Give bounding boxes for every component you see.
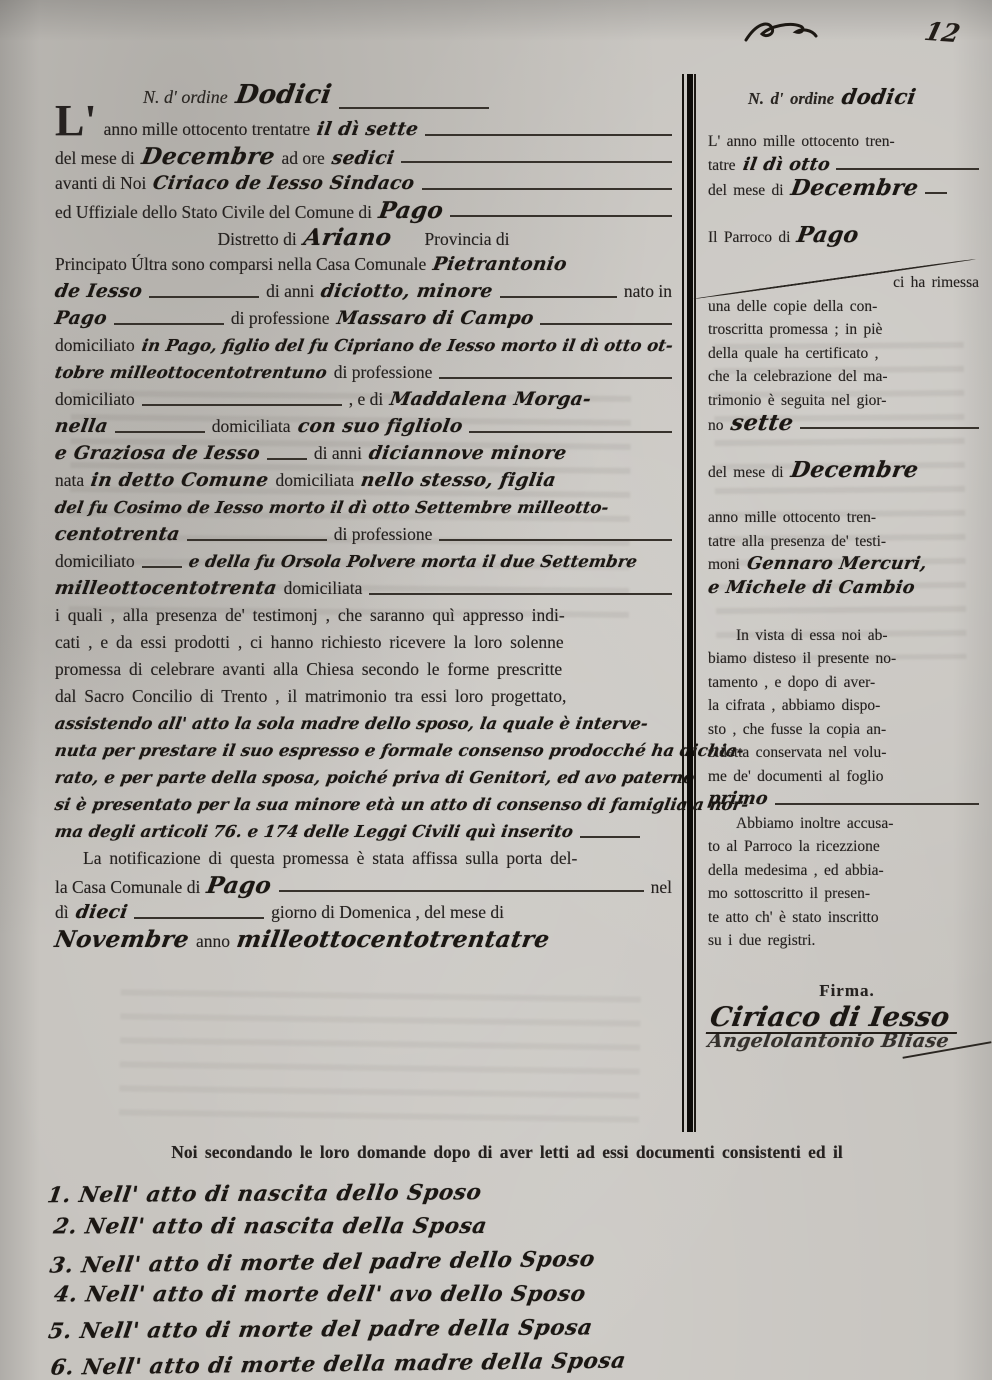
document-line: Novembreannomilleottocentotrentatre [55,926,679,953]
document-line: mo sottoscritto il presen- [708,882,986,906]
document-line: nuta per prestare il suo espresso e form… [55,737,679,764]
handwritten-text: primo [706,788,770,812]
document-line: Principato Últra sono comparsi nella Cas… [55,251,679,278]
printed-text: , e di [349,386,384,413]
order-number-label: N. d' ordine [143,80,228,114]
document-line: Il Parroco diPago [708,224,986,248]
printed-text: del mese di [708,179,784,203]
handwritten-text: Decembre [140,143,277,170]
document-line: che la celebrazione del ma- [708,365,986,389]
fill-rule [149,296,259,298]
fill-rule [339,107,489,109]
printed-text: che la celebrazione del ma- [708,365,888,389]
handwritten-text: Gennaro Mercuri, [745,553,928,577]
printed-text: avanti di Noi [55,170,146,197]
fill-rule [115,431,205,433]
document-line: del mese diDecembre [708,177,986,201]
handwritten-text: nuta per prestare il suo espresso e form… [53,737,746,764]
fill-rule [439,539,672,541]
document-line: tamento , e dopo di aver- [708,671,986,695]
fill-rule [500,296,617,298]
printed-text: di professione [231,305,330,332]
fill-rule [279,890,644,892]
fill-rule [422,188,672,190]
printed-text: dì [55,899,69,926]
printed-text: su i due registri. [708,929,815,953]
printed-text: anno mille ottocento trentatre [104,116,311,143]
annotation-body-lines: L' anno mille ottocento tren-tatreil dì … [708,130,986,976]
document-line: si è presentato per la sua minore età un… [55,791,679,818]
handwritten-text: Pago [796,224,861,248]
document-line: del mese diDecembre [708,459,986,483]
printed-text: L' [55,116,97,126]
document-line: rato, e per parte della sposa, poiché pr… [55,764,679,791]
printed-text: ad ore [282,145,325,172]
printed-text: tatre alla presenza de' testi- [708,530,886,554]
printed-text: In vista di essa noi ab- [736,624,888,648]
printed-text: del mese di [708,461,784,485]
document-line: te atto ch' è stato inscritto [708,906,986,930]
document-line: ed Uffiziale dello Stato Civile del Comu… [55,197,679,224]
fill-rule [540,323,672,325]
handwritten-text: Decembre [789,459,920,483]
fill-rule [775,803,979,805]
handwritten-text: Pago [53,305,109,332]
handwritten-text: Pago [205,872,273,899]
printed-text: promessa di celebrare avanti alla Chiesa… [55,656,562,683]
printed-text: ed Uffiziale dello Stato Civile del Comu… [55,199,372,226]
handwritten-text: dieci [73,899,129,926]
handwritten-text: Maddalena Morga- [388,386,593,413]
handwritten-text: Novembre [53,926,191,953]
document-line: e Graziosa de Iessodi annidiciannove min… [55,440,679,467]
document-line: dìdiecigiorno di Domenica , del mese di [55,899,679,926]
document-line [708,201,986,225]
printed-text: mo sottoscritto il presen- [708,882,870,906]
printed-text: to al Parroco la ricezzione [708,835,880,859]
fill-rule [134,917,264,919]
fill-rule [267,458,307,460]
document-line: la cifrata , abbiamo dispo- [708,694,986,718]
printed-text: domiciliata [284,575,363,602]
document-line [708,483,986,507]
document-line: me de' documenti al foglio [708,765,986,789]
document-line: zidetta conservata nel volu- [708,741,986,765]
document-line: milleottocentotrentadomiciliata [55,575,679,602]
handwritten-text: 4. Nell' atto di morte dell' avo dello S… [51,1278,588,1312]
document-line: to al Parroco la ricezzione [708,835,986,859]
printed-text: Distretto di [217,226,296,253]
printed-text: trimonio è seguita nel gior- [708,389,886,413]
document-line: 4. Nell' atto di morte dell' avo dello S… [54,1278,972,1313]
bleed-through-texture [119,976,641,1123]
document-line: In vista di essa noi ab- [708,624,986,648]
document-line: su i due registri. [708,929,986,953]
column-divider-rule [681,74,696,1132]
document-line: nosette [708,412,986,436]
main-act-column: N. d' ordine Dodici L'anno mille ottocen… [55,78,679,953]
fill-rule [925,192,947,194]
document-line: anno mille ottocento tren- [708,506,986,530]
order-number-value: Dodici [233,78,334,112]
printed-text: troscritta promessa ; in piè [708,318,882,342]
printed-text: biamo disteso il presente no- [708,647,896,671]
printed-text: anno [196,928,230,955]
document-line: domiciliato, e diMaddalena Morga- [55,386,679,413]
printed-text: Il Parroco di [708,226,790,250]
document-line [708,248,986,272]
document-line: 1. Nell' atto di nascita dello Sposo [47,1173,965,1213]
printed-text: del mese di [55,145,135,172]
document-line: de Iessodi annidiciotto, minorenato in [55,278,679,305]
printed-text: Noi secondando le loro domande dopo di a… [171,1140,842,1166]
printed-text: nato in [624,278,672,305]
printed-text: nel [651,874,672,901]
document-line: promessa di celebrare avanti alla Chiesa… [55,656,679,683]
printed-text: una delle copie della con- [708,295,877,319]
printed-text: domiciliata [212,413,291,440]
documents-list-heading: Noi secondando le loro domande dopo di a… [48,1140,966,1166]
document-line: della medesima , ed abbia- [708,859,986,883]
printed-text: cati , e da essi prodotti , ci hanno ric… [55,629,564,656]
handwritten-text: tobre milleottocentotrentuno [53,359,329,386]
document-line: trimonio è seguita nel gior- [708,389,986,413]
fill-rule [369,593,672,595]
printed-text: domiciliato [55,332,135,359]
document-line: La notificazione di questa promessa è st… [55,845,679,872]
handwritten-text: del fu Cosimo de Iesso morto il dì otto … [53,494,611,521]
fill-rule [836,168,979,170]
printed-text: Principato Últra sono comparsi nella Cas… [55,251,426,278]
printed-text: moni [708,553,740,577]
printed-text: di professione [334,521,433,548]
handwritten-text: sedici [330,145,397,172]
printed-text: ci ha rimessa [893,271,979,295]
top-margin-annotations: 12 [0,6,992,66]
printed-text: no [708,414,724,438]
printed-text: tatre [708,154,736,178]
document-line: Abbiamo inoltre accusa- [708,812,986,836]
printed-text: dal Sacro Concilio di Trento , il matrim… [55,683,566,710]
printed-text: anno mille ottocento tren- [708,506,876,530]
printed-text: della medesima , ed abbia- [708,859,884,883]
handwritten-text: centotrenta [53,521,182,548]
handwritten-text: Ciriaco de Iesso Sindaco [151,170,417,197]
document-line: assistendo all' atto la sola madre dello… [55,710,679,737]
handwritten-text: e Graziosa de Iesso [53,440,262,467]
printed-text: sto , che fusse la copia an- [708,718,886,742]
document-line: nelladomiciliatacon suo figliolo [55,413,679,440]
handwritten-text: Pietrantonio [431,251,569,278]
fill-rule [800,427,979,429]
printed-text: te atto ch' è stato inscritto [708,906,879,930]
document-line: Pagodi professioneMassaro di Campo [55,305,679,332]
ink-paraph-squiggle-icon [742,14,820,54]
order-number-line: N. d' ordine dodici [708,80,986,118]
document-line [708,953,986,977]
handwritten-text: milleottocentotrenta [53,575,279,602]
document-line: natain detto Comunedomiciliatanello stes… [55,467,679,494]
handwritten-text: e della fu Orsola Polvere morta il due S… [187,548,639,575]
handwritten-text: in detto Comune [89,467,271,494]
document-line: troscritta promessa ; in piè [708,318,986,342]
fill-rule [142,566,182,568]
handwritten-text: si è presentato per la sua minore età un… [53,791,751,818]
handwritten-text: milleottocentotrentatre [235,926,552,953]
printed-text: di anni [266,278,314,305]
document-line: L' anno mille ottocento tren- [708,130,986,154]
printed-text: Abbiamo inoltre accusa- [736,812,893,836]
scanned-marriage-record-page: { "corner": { "page_number": "12", "para… [0,0,992,1380]
document-line: Distretto diAriano Provincia di [55,224,679,251]
printed-text: domiciliata [275,467,354,494]
printed-text: di anni [314,440,362,467]
handwritten-text: ma degli articoli 76. e 174 delle Leggi … [53,818,575,845]
signature-line: Angelolantonio Bliase [708,1030,986,1054]
printed-text: domiciliato [55,386,135,413]
fill-rule [187,539,327,541]
handwritten-text: Decembre [789,177,920,201]
document-line: tatreil dì otto [708,154,986,178]
order-number-label: N. d' ordine [748,82,834,116]
document-line [708,436,986,460]
printed-text: Provincia di [398,226,509,253]
fill-rule [469,431,672,433]
handwritten-text: Ariano [302,224,394,251]
document-line: del mese diDecembread oresedici [55,143,679,170]
handwritten-text: il dì otto [741,154,832,178]
document-line: domiciliatoe della fu Orsola Polvere mor… [55,548,679,575]
act-body-lines: L'anno mille ottocento trentatreil dì se… [55,116,679,953]
document-line: primo [708,788,986,812]
document-line [708,600,986,624]
fill-rule [439,377,672,379]
handwritten-text: 1. Nell' atto di nascita dello Sposo [45,1176,484,1213]
printed-text: domiciliato [55,548,135,575]
printed-text: della quale ha certificato , [708,342,879,366]
document-line: sto , che fusse la copia an- [708,718,986,742]
handwritten-text: 6. Nell' atto di morte della madre della… [48,1345,628,1380]
document-line: dal Sacro Concilio di Trento , il matrim… [55,683,679,710]
document-line: centotrentadi professione [55,521,679,548]
order-number-value: dodici [839,80,918,114]
document-line: del fu Cosimo de Iesso morto il dì otto … [55,494,679,521]
document-line: tatre alla presenza de' testi- [708,530,986,554]
document-line: della quale ha certificato , [708,342,986,366]
document-line: avanti di NoiCiriaco de Iesso Sindaco [55,170,679,197]
handwritten-text: nello stesso, figlia [359,467,558,494]
page-number: 12 [922,17,963,48]
printed-text: la cifrata , abbiamo dispo- [708,694,880,718]
printed-text: i quali , alla presenza de' testimonj , … [55,602,565,629]
printed-text: nata [55,467,84,494]
document-line: domiciliatoin Pago, figlio del fu Cipria… [55,332,679,359]
printed-text: zidetta conservata nel volu- [708,741,886,765]
fill-rule [114,323,224,325]
handwritten-text: Massaro di Campo [334,305,535,332]
document-line: tobre milleottocentotrentunodi professio… [55,359,679,386]
fill-rule [450,215,672,217]
handwritten-text: assistendo all' atto la sola madre dello… [53,710,650,737]
order-number-line: N. d' ordine Dodici [55,78,679,116]
document-line: e Michele di Cambio [708,577,986,601]
fill-rule [580,836,640,838]
handwritten-text: e Michele di Cambio [706,577,916,601]
document-line: cati , e da essi prodotti , ci hanno ric… [55,629,679,656]
printed-text: tamento , e dopo di aver- [708,671,875,695]
printed-text: La notificazione di questa promessa è st… [83,845,577,872]
handwritten-text: 5. Nell' atto di morte del padre della S… [46,1311,595,1349]
handwritten-text: nella [53,413,110,440]
handwritten-text: rato, e per parte della sposa, poiché pr… [53,764,697,791]
handwritten-text: in Pago, figlio del fu Cipriano de Iesso… [140,332,675,359]
document-line: biamo disteso il presente no- [708,647,986,671]
documents-list-section: Noi secondando le loro domande dopo di a… [48,1140,966,1380]
document-line: ma degli articoli 76. e 174 delle Leggi … [55,818,679,845]
printed-text: L' anno mille ottocento tren- [708,130,895,154]
document-line: la Casa Comunale diPagonel [55,872,679,899]
fill-rule [401,161,672,163]
document-line: L'anno mille ottocento trentatreil dì se… [55,116,679,143]
parish-annotation-column: N. d' ordine dodici L' anno mille ottoce… [708,80,986,1053]
documents-list: 1. Nell' atto di nascita dello Sposo2. N… [47,1173,966,1380]
printed-text: la Casa Comunale di [55,874,200,901]
signature-line: Ciriaco di Iesso [708,1006,986,1030]
handwritten-text: diciotto, minore [319,278,495,305]
document-line: i quali , alla presenza de' testimonj , … [55,602,679,629]
printed-text: giorno di Domenica , del mese di [271,899,504,926]
handwritten-text: il dì sette [315,116,421,143]
document-line: una delle copie della con- [708,295,986,319]
printed-text: me de' documenti al foglio [708,765,884,789]
fill-rule [142,404,342,406]
handwritten-text: con suo figliolo [295,413,464,440]
handwritten-text: sette [729,412,795,436]
document-line: moniGennaro Mercuri, [708,553,986,577]
handwritten-text: diciannove minore [367,440,569,467]
printed-text: di professione [334,359,433,386]
witness-signature: Angelolantonio Bliase [706,1030,951,1054]
handwritten-text: 2. Nell' atto di nascita della Sposa [51,1210,490,1244]
handwritten-text: Pago [377,197,445,224]
handwritten-text: de Iesso [53,278,144,305]
fill-rule [425,134,672,136]
